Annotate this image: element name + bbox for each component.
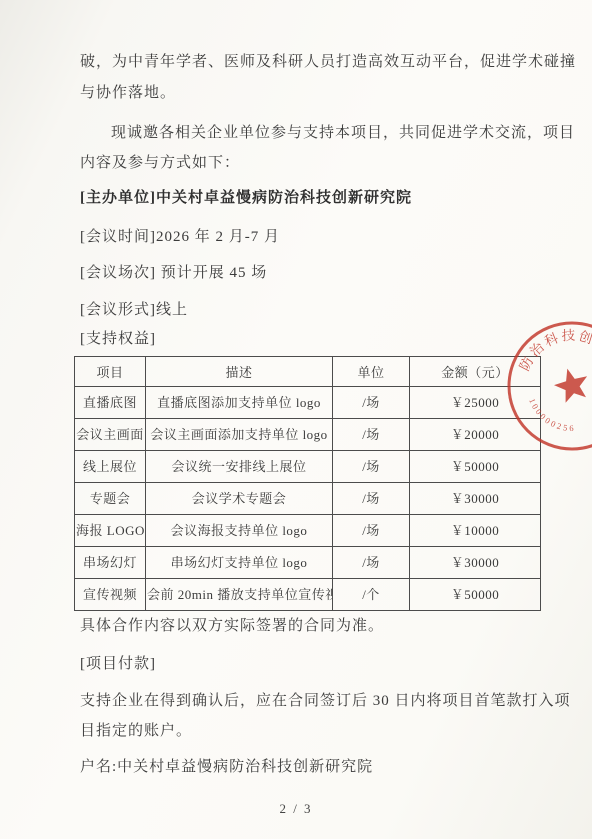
table-row: 串场幻灯 串场幻灯支持单位 logo /场 ￥30000 <box>75 547 541 579</box>
table-cell: 会议统一安排线上展位 <box>146 451 333 483</box>
table-row: 专题会 会议学术专题会 /场 ￥30000 <box>75 483 541 515</box>
table-cell: /个 <box>333 579 410 611</box>
payment-section-label: [项目付款] <box>80 655 550 673</box>
table-cell: 会议主画面 <box>75 419 146 451</box>
table-cell: 专题会 <box>75 483 146 515</box>
table-cell: /场 <box>333 483 410 515</box>
field-host-unit: [主办单位]中关村卓益慢病防治科技创新研究院 <box>80 189 550 207</box>
table-cell: ￥20000 <box>410 419 541 451</box>
contract-note: 具体合作内容以双方实际签署的合同为准。 <box>80 617 550 635</box>
intro-line-2: 与协作落地。 <box>80 84 550 102</box>
table-cell: 直播底图 <box>75 387 146 419</box>
table-cell: ￥30000 <box>410 547 541 579</box>
table-header-cell: 描述 <box>146 357 333 387</box>
table-cell: ￥50000 <box>410 451 541 483</box>
table-cell: 会议主画面添加支持单位 logo <box>146 419 333 451</box>
field-meeting-format: [会议形式]线上 <box>80 301 550 319</box>
table-row: 宣传视频 会前 20min 播放支持单位宣传视频 /个 ￥50000 <box>75 579 541 611</box>
payment-line-2: 目指定的账户。 <box>80 722 550 740</box>
table-cell: 直播底图添加支持单位 logo <box>146 387 333 419</box>
table-header-cell: 单位 <box>333 357 410 387</box>
invite-line-2: 内容及参与方式如下： <box>80 154 550 172</box>
table-cell: 串场幻灯 <box>75 547 146 579</box>
table-cell: /场 <box>333 387 410 419</box>
invite-line-1: 现诚邀各相关企业单位参与支持本项目，共同促进学术交流，项目 <box>80 124 550 142</box>
benefits-table: 项目 描述 单位 金额（元） 直播底图 直播底图添加支持单位 logo /场 ￥… <box>74 356 541 611</box>
intro-line-1: 破，为中青年学者、医师及科研人员打造高效互动平台，促进学术碰撞 <box>80 53 550 71</box>
field-meeting-time: [会议时间]2026 年 2 月-7 月 <box>80 228 550 246</box>
table-cell: ￥25000 <box>410 387 541 419</box>
table-cell: ￥50000 <box>410 579 541 611</box>
table-cell: /场 <box>333 547 410 579</box>
field-meeting-count: [会议场次] 预计开展 45 场 <box>80 264 550 282</box>
table-header-row: 项目 描述 单位 金额（元） <box>75 357 541 387</box>
table-cell: 串场幻灯支持单位 logo <box>146 547 333 579</box>
table-cell: ￥10000 <box>410 515 541 547</box>
table-header-cell: 项目 <box>75 357 146 387</box>
table-cell: /场 <box>333 451 410 483</box>
table-cell: 会议海报支持单位 logo <box>146 515 333 547</box>
star-icon <box>554 369 587 403</box>
table-cell: 线上展位 <box>75 451 146 483</box>
page-number: 2 / 3 <box>0 801 592 817</box>
table-cell: 会前 20min 播放支持单位宣传视频 <box>146 579 333 611</box>
payment-line-1: 支持企业在得到确认后，应在合同签订后 30 日内将项目首笔款打入项 <box>80 692 550 710</box>
table-cell: /场 <box>333 515 410 547</box>
document-page: 破，为中青年学者、医师及科研人员打造高效互动平台，促进学术碰撞 与协作落地。 现… <box>0 0 592 839</box>
table-header-cell: 金额（元） <box>410 357 541 387</box>
table-cell: /场 <box>333 419 410 451</box>
table-cell: ￥30000 <box>410 483 541 515</box>
table-row: 会议主画面 会议主画面添加支持单位 logo /场 ￥20000 <box>75 419 541 451</box>
table-cell: 宣传视频 <box>75 579 146 611</box>
table-cell: 会议学术专题会 <box>146 483 333 515</box>
table-cell: 海报 LOGO <box>75 515 146 547</box>
table-row: 直播底图 直播底图添加支持单位 logo /场 ￥25000 <box>75 387 541 419</box>
table-row: 海报 LOGO 会议海报支持单位 logo /场 ￥10000 <box>75 515 541 547</box>
table-row: 线上展位 会议统一安排线上展位 /场 ￥50000 <box>75 451 541 483</box>
account-name-line: 户名:中关村卓益慢病防治科技创新研究院 <box>80 758 550 776</box>
field-support-rights: [支持权益] <box>80 330 550 348</box>
